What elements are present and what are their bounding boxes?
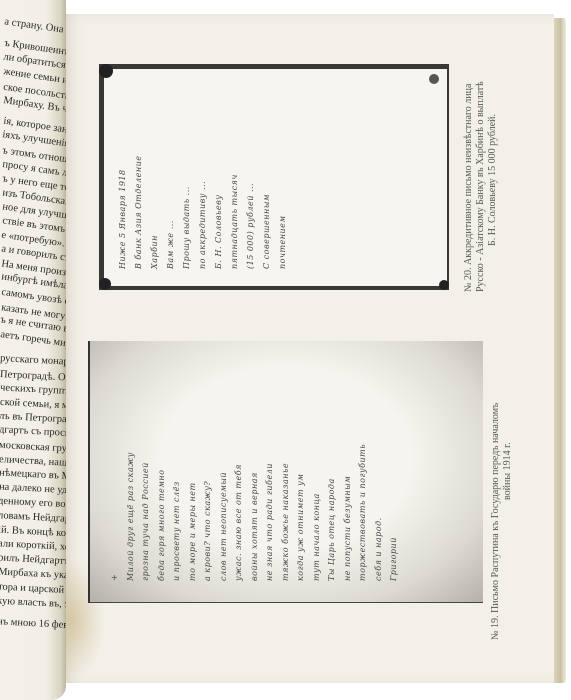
handwriting-line: С совершенным <box>262 194 271 269</box>
caption-20-line3: Б. Н. Соловьеву 15 000 рублей. <box>487 81 499 292</box>
handwriting-line: тут начало конца <box>312 493 321 581</box>
handwriting-line: не зная что ради гибели <box>265 463 274 581</box>
seal-ornament-icon <box>429 74 439 84</box>
handwriting-line: а крови? что скажу? <box>203 481 212 581</box>
handwriting-line: Б. Н. Соловьеву <box>214 195 223 269</box>
handwriting-line: по аккредитиву ... <box>198 181 207 269</box>
caption-19-line2: войны 1914 г. <box>502 403 514 640</box>
handwriting-line: слов нет неописуемый <box>219 472 228 581</box>
caption-19: № 19. Письмо Распутина къ Государю перед… <box>490 403 514 640</box>
handwriting-line: грозна туча над Россией <box>141 462 150 581</box>
handwriting-line: Ниже 5 Января 1918 <box>118 169 127 269</box>
handwriting-line: войны хотят и верная <box>250 472 259 581</box>
left-page-line: кую власть въ, этомъ <box>0 594 66 612</box>
handwriting-line: Прошу выдать ... <box>182 186 191 269</box>
handwriting-line: + <box>110 574 119 581</box>
handwriting-line: себя и народ. <box>374 517 383 581</box>
handwriting-line: тяжко божье наказанье <box>281 463 290 581</box>
handwriting-line: ужас. знаю все от тебя <box>234 464 243 581</box>
handwriting-line: В банк Азия Отделение <box>134 155 143 269</box>
corner-mount <box>439 280 449 290</box>
handwriting-line: беда горя много темно <box>157 470 166 581</box>
handwriting-line: пятнадцать тысяч <box>230 174 239 269</box>
left-page: а страну. Она вернулаъ Кривошеинъ,—нели … <box>0 0 66 700</box>
document-photo-20: Ниже 5 Января 1918В банк Азия ОтделениеХ… <box>99 64 449 290</box>
handwriting-line: не попусти безумным <box>343 476 352 581</box>
handwriting-line: и просвету нет слёз <box>172 481 181 581</box>
handwriting-line: торжествовать и погубить <box>358 444 367 581</box>
document-photo-19: +Милой друг ещё раз скажугрозна туча над… <box>88 341 483 603</box>
handwriting-line: Ты Царь отец народа <box>327 478 336 581</box>
caption-19-line1: № 19. Письмо Распутина къ Государю перед… <box>490 403 502 640</box>
handwriting-line: Милой друг ещё раз скажу <box>126 452 135 581</box>
handwriting-line: когда уж отнимет ум <box>296 474 305 581</box>
handwriting-line: почтением <box>278 215 287 269</box>
handwriting-line: (15 000) рублей ... <box>246 183 255 269</box>
caption-20-line1: № 20. Аккредитивное письмо неизвѣстнаго … <box>463 81 475 292</box>
caption-20-line2: Русско - Азіатскому Банку въ Харбинѣ о в… <box>475 81 487 292</box>
handwriting-line: Григорий <box>389 537 398 581</box>
handwriting-line: Харбин <box>150 235 159 269</box>
caption-20: № 20. Аккредитивное письмо неизвѣстнаго … <box>463 81 499 292</box>
left-page-line: нъ мною 16 февраля 19 <box>0 615 66 634</box>
handwriting-line: то море и меры нет <box>188 482 197 581</box>
handwriting-line: Вам же ... <box>166 220 175 269</box>
